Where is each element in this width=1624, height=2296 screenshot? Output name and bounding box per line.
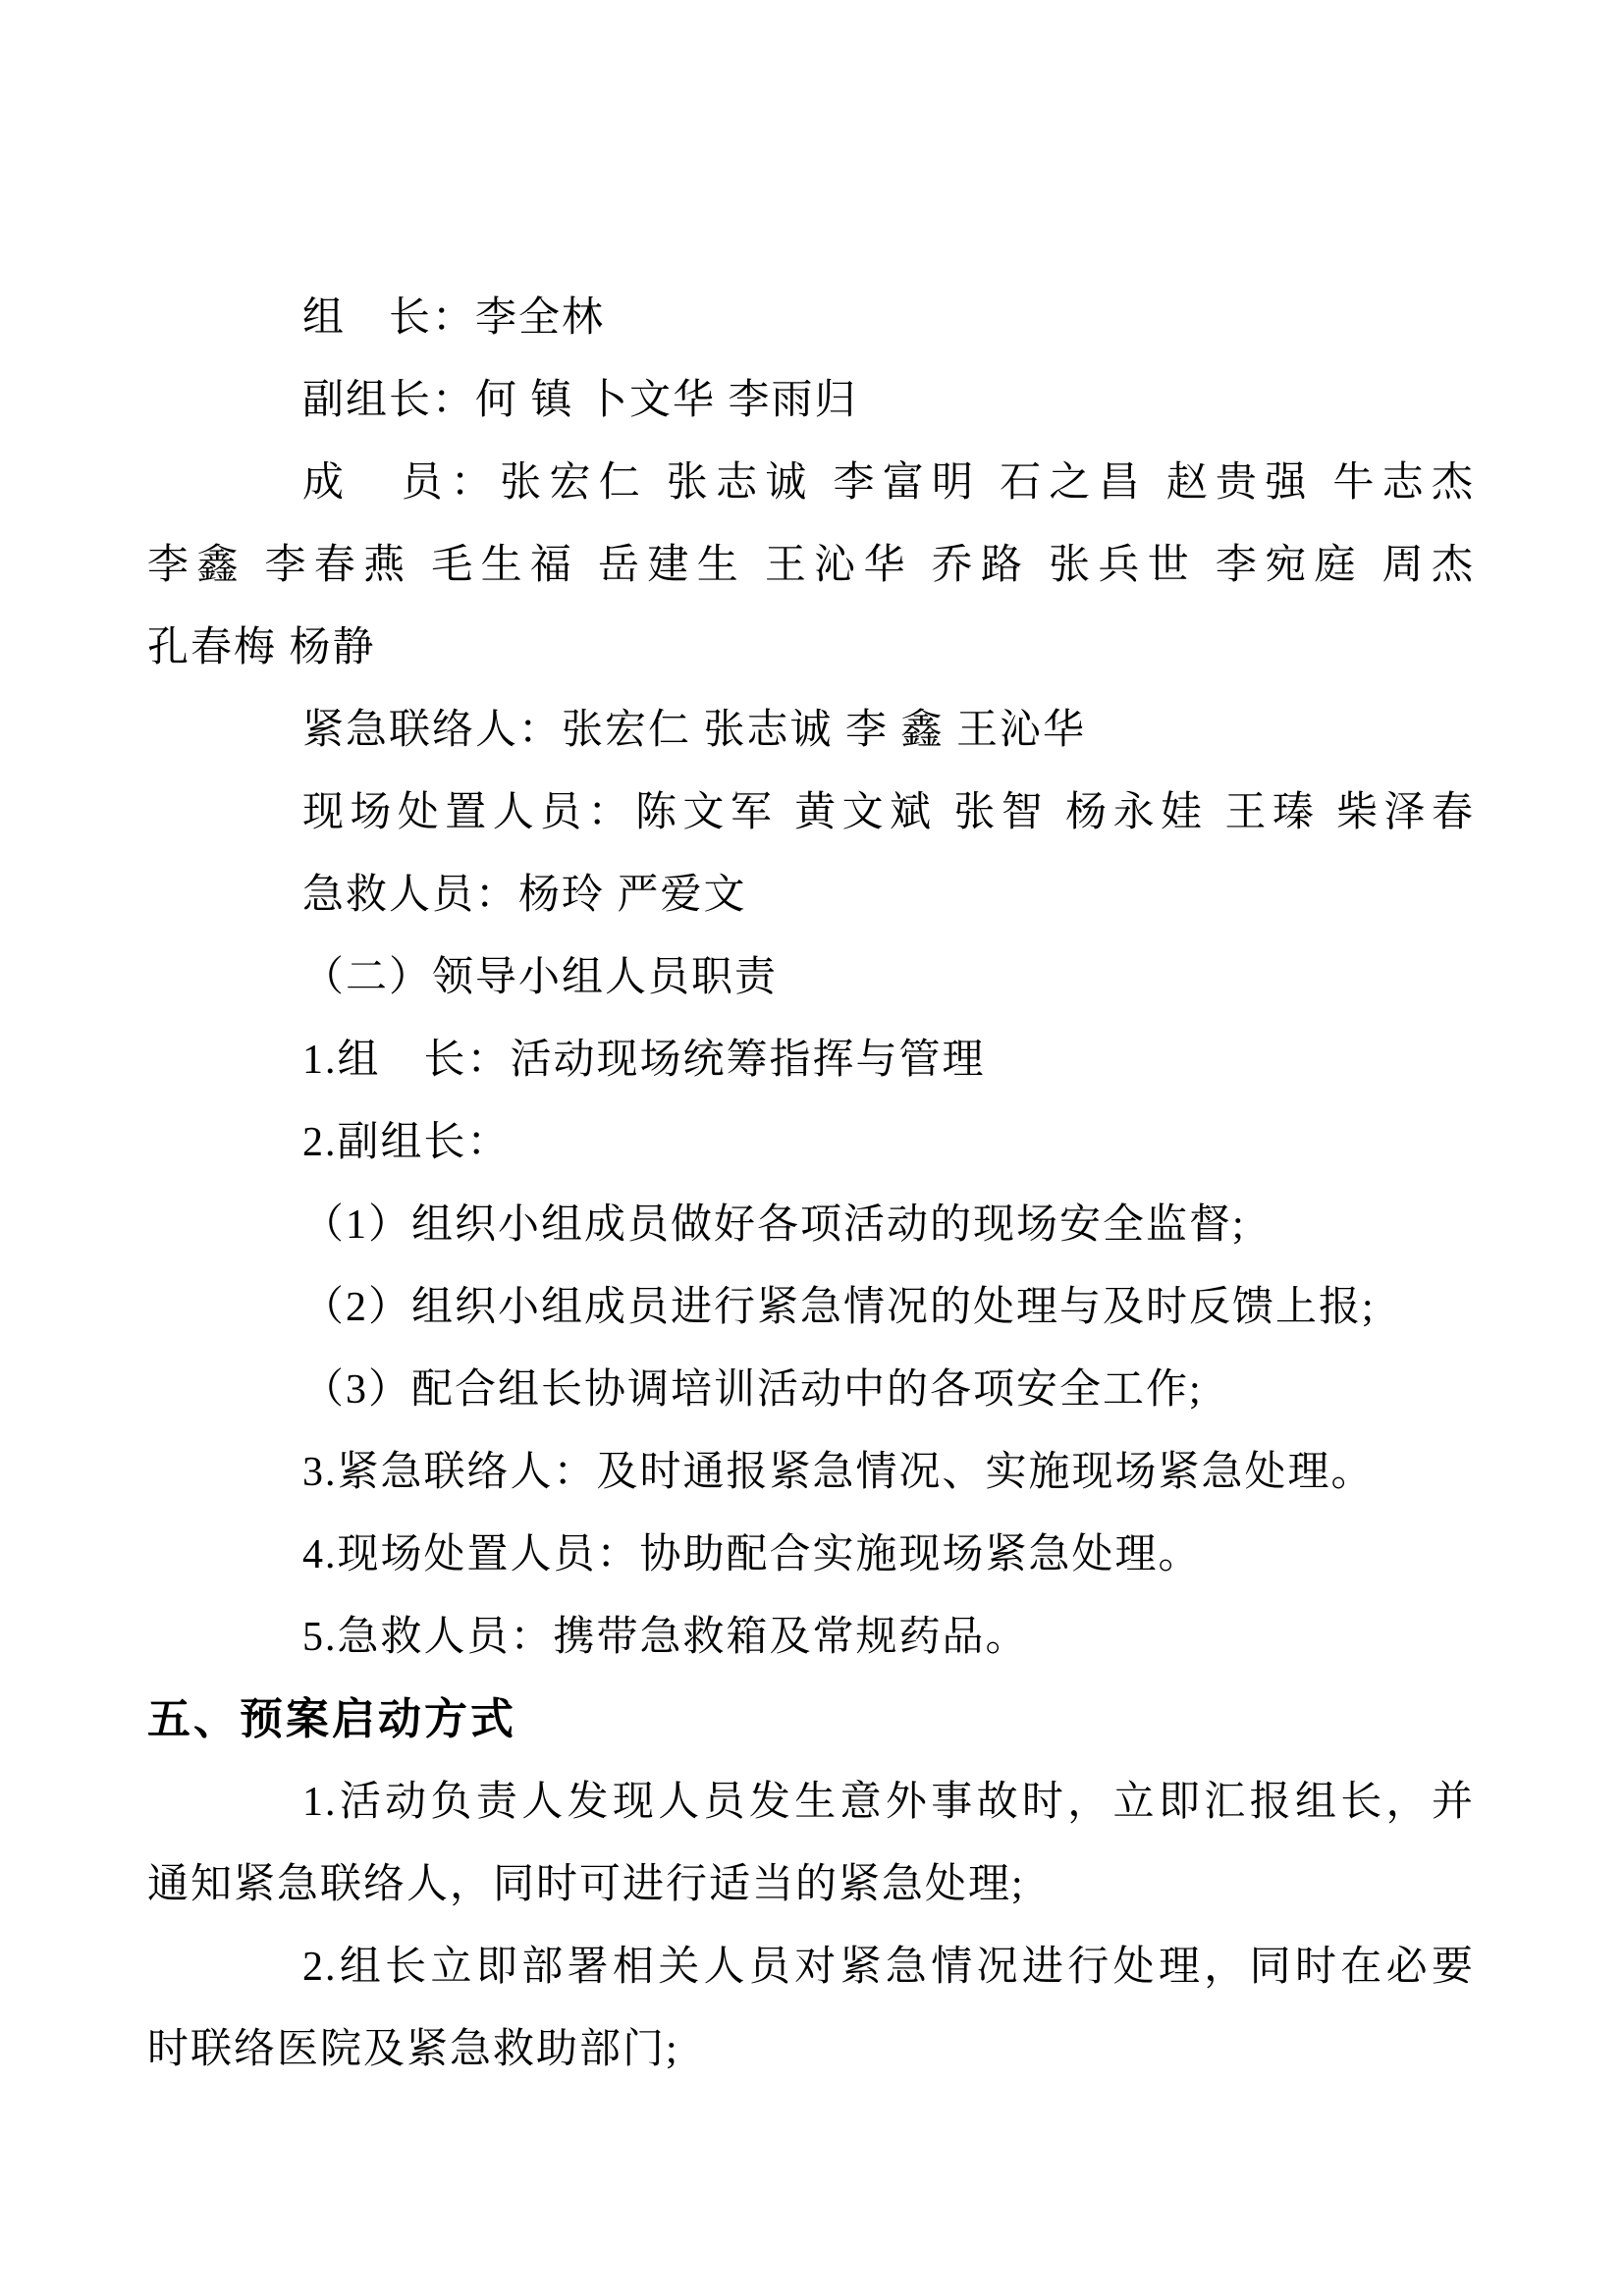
duty-deputy-sub-1: （1）组织小组成员做好各项活动的现场安全监督;	[147, 1184, 1475, 1266]
onsite-handlers-line: 现场处置人员：陈文军 黄文斌 张智 杨永娃 王瑧 柴泽春	[147, 772, 1475, 854]
activation-step2-line2: 时联络医院及紧急救助部门;	[147, 2008, 1475, 2091]
duty-contact-line: 3.紧急联络人：及时通报紧急情况、实施现场紧急处理。	[147, 1431, 1475, 1514]
duty-deputy-sub-3: （3）配合组长协调培训活动中的各项安全工作;	[147, 1349, 1475, 1431]
duty-leader-line: 1.组 长：活动现场统筹指挥与管理	[147, 1019, 1475, 1101]
activation-section-heading: 五、预案启动方式	[147, 1679, 1475, 1761]
activation-step2-line1: 2.组长立即部署相关人员对紧急情况进行处理，同时在必要	[147, 1926, 1475, 2008]
first-aid-line: 急救人员：杨玲 严爱文	[147, 854, 1475, 936]
duty-onsite-line: 4.现场处置人员：协助配合实施现场紧急处理。	[147, 1514, 1475, 1596]
members-line-3: 孔春梅 杨静	[147, 607, 1475, 689]
leader-line: 组 长：李全林	[147, 277, 1475, 359]
duties-subsection-heading: （二）领导小组人员职责	[147, 936, 1475, 1019]
members-line-1: 成 员：张宏仁 张志诚 李富明 石之昌 赵贵强 牛志杰	[147, 442, 1475, 524]
document-page: 组 长：李全林 副组长：何 镇 卜文华 李雨归 成 员：张宏仁 张志诚 李富明 …	[0, 0, 1624, 2296]
duty-deputy-sub-2: （2）组织小组成员进行紧急情况的处理与及时反馈上报;	[147, 1266, 1475, 1349]
emergency-contacts-line: 紧急联络人：张宏仁 张志诚 李 鑫 王沁华	[147, 689, 1475, 772]
members-line-2: 李鑫 李春燕 毛生福 岳建生 王沁华 乔路 张兵世 李宛庭 周杰	[147, 524, 1475, 607]
duty-firstaid-line: 5.急救人员：携带急救箱及常规药品。	[147, 1596, 1475, 1679]
duty-deputy-line: 2.副组长：	[147, 1101, 1475, 1184]
activation-step1-line2: 通知紧急联络人，同时可进行适当的紧急处理;	[147, 1843, 1475, 1926]
activation-step1-line1: 1.活动负责人发现人员发生意外事故时，立即汇报组长，并	[147, 1761, 1475, 1843]
deputy-leader-line: 副组长：何 镇 卜文华 李雨归	[147, 359, 1475, 442]
